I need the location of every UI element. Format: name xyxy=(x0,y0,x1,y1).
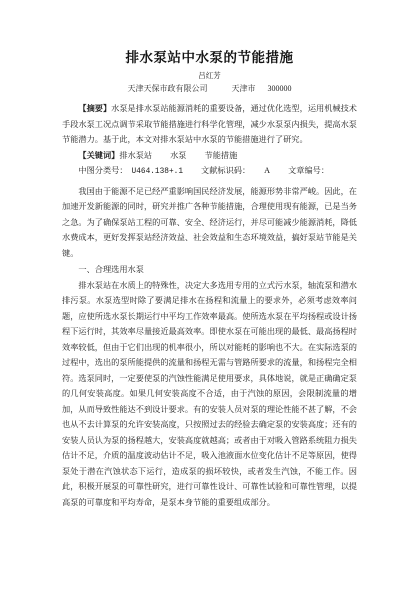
abstract-label: 【摘要】 xyxy=(78,104,111,113)
paper-author: 吕红芳 xyxy=(62,71,357,80)
doc-code-value: A xyxy=(264,166,270,175)
paper-affiliation: 天津天保市政有限公司天津市300000 xyxy=(62,84,357,94)
page-content: 排水泵站中水泵的节能措施 吕红芳 天津天保市政有限公司天津市300000 【摘要… xyxy=(0,0,417,510)
paper-body: 【摘要】水泵是排水泵站能源消耗的重要设备，通过优化选型，运用机械技术手段水泵工况… xyxy=(62,101,357,510)
doc-code-label: 文献标识码： xyxy=(201,166,250,175)
keyword-item: 节能措施 xyxy=(205,151,238,160)
affiliation-postcode: 300000 xyxy=(268,84,292,93)
intro-paragraph: 我国由于能源不足已经严重影响国民经济发展，能源形势非常严峻。因此，在加速开发新能… xyxy=(62,184,357,262)
clc-value: U464.138+.1 xyxy=(132,168,183,176)
section-body-paragraph: 排水泵站在水质上的特殊性，决定大多选用专用的立式污水泵，轴流泵和潜水排污泵。水泵… xyxy=(62,278,357,511)
paper-page: 排水泵站中水泵的节能措施 吕红芳 天津天保市政有限公司天津市300000 【摘要… xyxy=(0,0,417,590)
article-no-label: 文章编号： xyxy=(288,166,329,175)
affiliation-org: 天津天保市政有限公司 xyxy=(128,84,208,93)
affiliation-city: 天津市 xyxy=(232,84,256,93)
classification-line: 中图分类号：U464.138+.1文献标识码：A文章编号： xyxy=(62,163,357,181)
abstract-paragraph: 【摘要】水泵是排水泵站能源消耗的重要设备，通过优化选型，运用机械技术手段水泵工况… xyxy=(62,101,357,148)
paper-title: 排水泵站中水泵的节能措施 xyxy=(62,49,357,66)
keyword-item: 排水泵站 xyxy=(119,151,152,160)
keywords-label: 【关键词】 xyxy=(78,151,119,160)
keyword-item: 水泵 xyxy=(170,151,186,160)
section-heading: 一、合理选用水泵 xyxy=(62,262,357,278)
clc-label: 中图分类号： xyxy=(78,166,127,175)
keywords-line: 【关键词】排水泵站水泵节能措施 xyxy=(62,148,357,164)
